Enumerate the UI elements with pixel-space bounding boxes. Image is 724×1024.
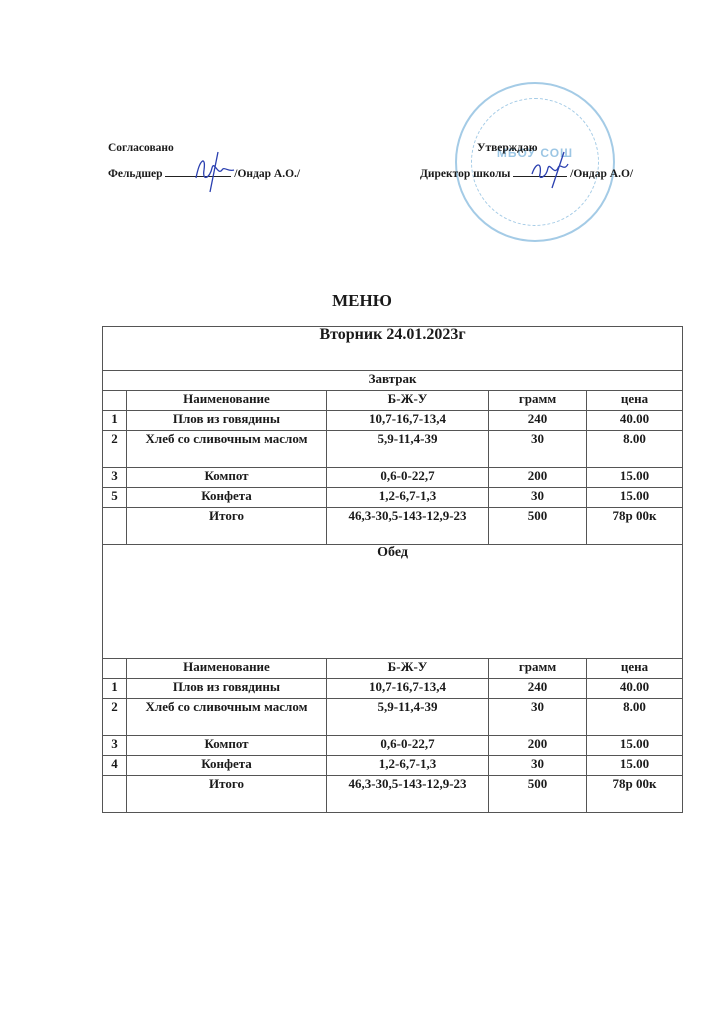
meal-name: Обед bbox=[103, 545, 683, 659]
director-role: Директор школы bbox=[420, 168, 510, 180]
column-header-row: НаименованиеБ-Ж-Уграммцена bbox=[103, 659, 683, 679]
cell-name: Компот bbox=[127, 468, 327, 488]
table-row: 4Конфета1,2-6,7-1,33015.00 bbox=[103, 756, 683, 776]
cell-name: Плов из говядины bbox=[127, 411, 327, 431]
total-bju: 46,3-30,5-143-12,9-23 bbox=[327, 508, 489, 545]
agreed-label: Согласовано bbox=[108, 142, 174, 154]
cell-price: 40.00 bbox=[587, 411, 683, 431]
cell-price: 40.00 bbox=[587, 679, 683, 699]
column-header bbox=[103, 391, 127, 411]
column-header: Б-Ж-У bbox=[327, 659, 489, 679]
cell-num bbox=[103, 776, 127, 813]
column-header: Наименование bbox=[127, 659, 327, 679]
total-price: 78р 00к bbox=[587, 508, 683, 545]
cell-bju: 0,6-0-22,7 bbox=[327, 736, 489, 756]
table-row: 5Конфета1,2-6,7-1,33015.00 bbox=[103, 488, 683, 508]
cell-num bbox=[103, 508, 127, 545]
cell-gram: 200 bbox=[489, 736, 587, 756]
cell-num: 3 bbox=[103, 468, 127, 488]
column-header-row: НаименованиеБ-Ж-Уграммцена bbox=[103, 391, 683, 411]
column-header: грамм bbox=[489, 391, 587, 411]
day-row: Вторник 24.01.2023г bbox=[103, 327, 683, 371]
cell-gram: 240 bbox=[489, 679, 587, 699]
cell-price: 15.00 bbox=[587, 468, 683, 488]
meal-name: Завтрак bbox=[103, 371, 683, 391]
cell-name: Хлеб со сливочным маслом bbox=[127, 699, 327, 736]
cell-gram: 30 bbox=[489, 756, 587, 776]
cell-num: 5 bbox=[103, 488, 127, 508]
cell-name: Хлеб со сливочным маслом bbox=[127, 431, 327, 468]
cell-num: 3 bbox=[103, 736, 127, 756]
cell-price: 8.00 bbox=[587, 699, 683, 736]
cell-num: 4 bbox=[103, 756, 127, 776]
cell-bju: 1,2-6,7-1,3 bbox=[327, 756, 489, 776]
cell-gram: 200 bbox=[489, 468, 587, 488]
cell-bju: 10,7-16,7-13,4 bbox=[327, 679, 489, 699]
total-gram: 500 bbox=[489, 776, 587, 813]
meal-row: Обед bbox=[103, 545, 683, 659]
page-title: МЕНЮ bbox=[0, 291, 724, 311]
column-header bbox=[103, 659, 127, 679]
menu-table: Вторник 24.01.2023гЗавтракНаименованиеБ-… bbox=[102, 326, 683, 813]
cell-num: 1 bbox=[103, 411, 127, 431]
day-title: Вторник 24.01.2023г bbox=[103, 327, 683, 371]
total-price: 78р 00к bbox=[587, 776, 683, 813]
table-row: 2Хлеб со сливочным маслом5,9-11,4-39308.… bbox=[103, 431, 683, 468]
cell-price: 8.00 bbox=[587, 431, 683, 468]
total-gram: 500 bbox=[489, 508, 587, 545]
table-row: 2Хлеб со сливочным маслом5,9-11,4-39308.… bbox=[103, 699, 683, 736]
column-header: грамм bbox=[489, 659, 587, 679]
director-signature-icon bbox=[526, 150, 574, 190]
cell-name: Конфета bbox=[127, 488, 327, 508]
table-row: 3Компот0,6-0-22,720015.00 bbox=[103, 468, 683, 488]
cell-name: Плов из говядины bbox=[127, 679, 327, 699]
total-label: Итого bbox=[127, 508, 327, 545]
table-row: 1Плов из говядины10,7-16,7-13,424040.00 bbox=[103, 679, 683, 699]
column-header: цена bbox=[587, 659, 683, 679]
total-row: Итого46,3-30,5-143-12,9-2350078р 00к bbox=[103, 508, 683, 545]
column-header: Б-Ж-У bbox=[327, 391, 489, 411]
medic-name: /Ондар А.О./ bbox=[234, 168, 300, 180]
cell-price: 15.00 bbox=[587, 756, 683, 776]
cell-gram: 240 bbox=[489, 411, 587, 431]
cell-num: 2 bbox=[103, 699, 127, 736]
cell-price: 15.00 bbox=[587, 736, 683, 756]
cell-gram: 30 bbox=[489, 431, 587, 468]
cell-num: 2 bbox=[103, 431, 127, 468]
total-row: Итого46,3-30,5-143-12,9-2350078р 00к bbox=[103, 776, 683, 813]
director-name: /Ондар А.О/ bbox=[570, 168, 633, 180]
medic-role: Фельдшер bbox=[108, 168, 163, 180]
column-header: Наименование bbox=[127, 391, 327, 411]
cell-price: 15.00 bbox=[587, 488, 683, 508]
meal-row: Завтрак bbox=[103, 371, 683, 391]
cell-gram: 30 bbox=[489, 699, 587, 736]
cell-bju: 5,9-11,4-39 bbox=[327, 431, 489, 468]
cell-bju: 0,6-0-22,7 bbox=[327, 468, 489, 488]
total-bju: 46,3-30,5-143-12,9-23 bbox=[327, 776, 489, 813]
cell-bju: 5,9-11,4-39 bbox=[327, 699, 489, 736]
total-label: Итого bbox=[127, 776, 327, 813]
medic-signature-icon bbox=[188, 148, 238, 194]
cell-num: 1 bbox=[103, 679, 127, 699]
table-row: 3Компот0,6-0-22,720015.00 bbox=[103, 736, 683, 756]
cell-bju: 10,7-16,7-13,4 bbox=[327, 411, 489, 431]
cell-name: Компот bbox=[127, 736, 327, 756]
table-row: 1Плов из говядины10,7-16,7-13,424040.00 bbox=[103, 411, 683, 431]
cell-gram: 30 bbox=[489, 488, 587, 508]
column-header: цена bbox=[587, 391, 683, 411]
cell-name: Конфета bbox=[127, 756, 327, 776]
cell-bju: 1,2-6,7-1,3 bbox=[327, 488, 489, 508]
